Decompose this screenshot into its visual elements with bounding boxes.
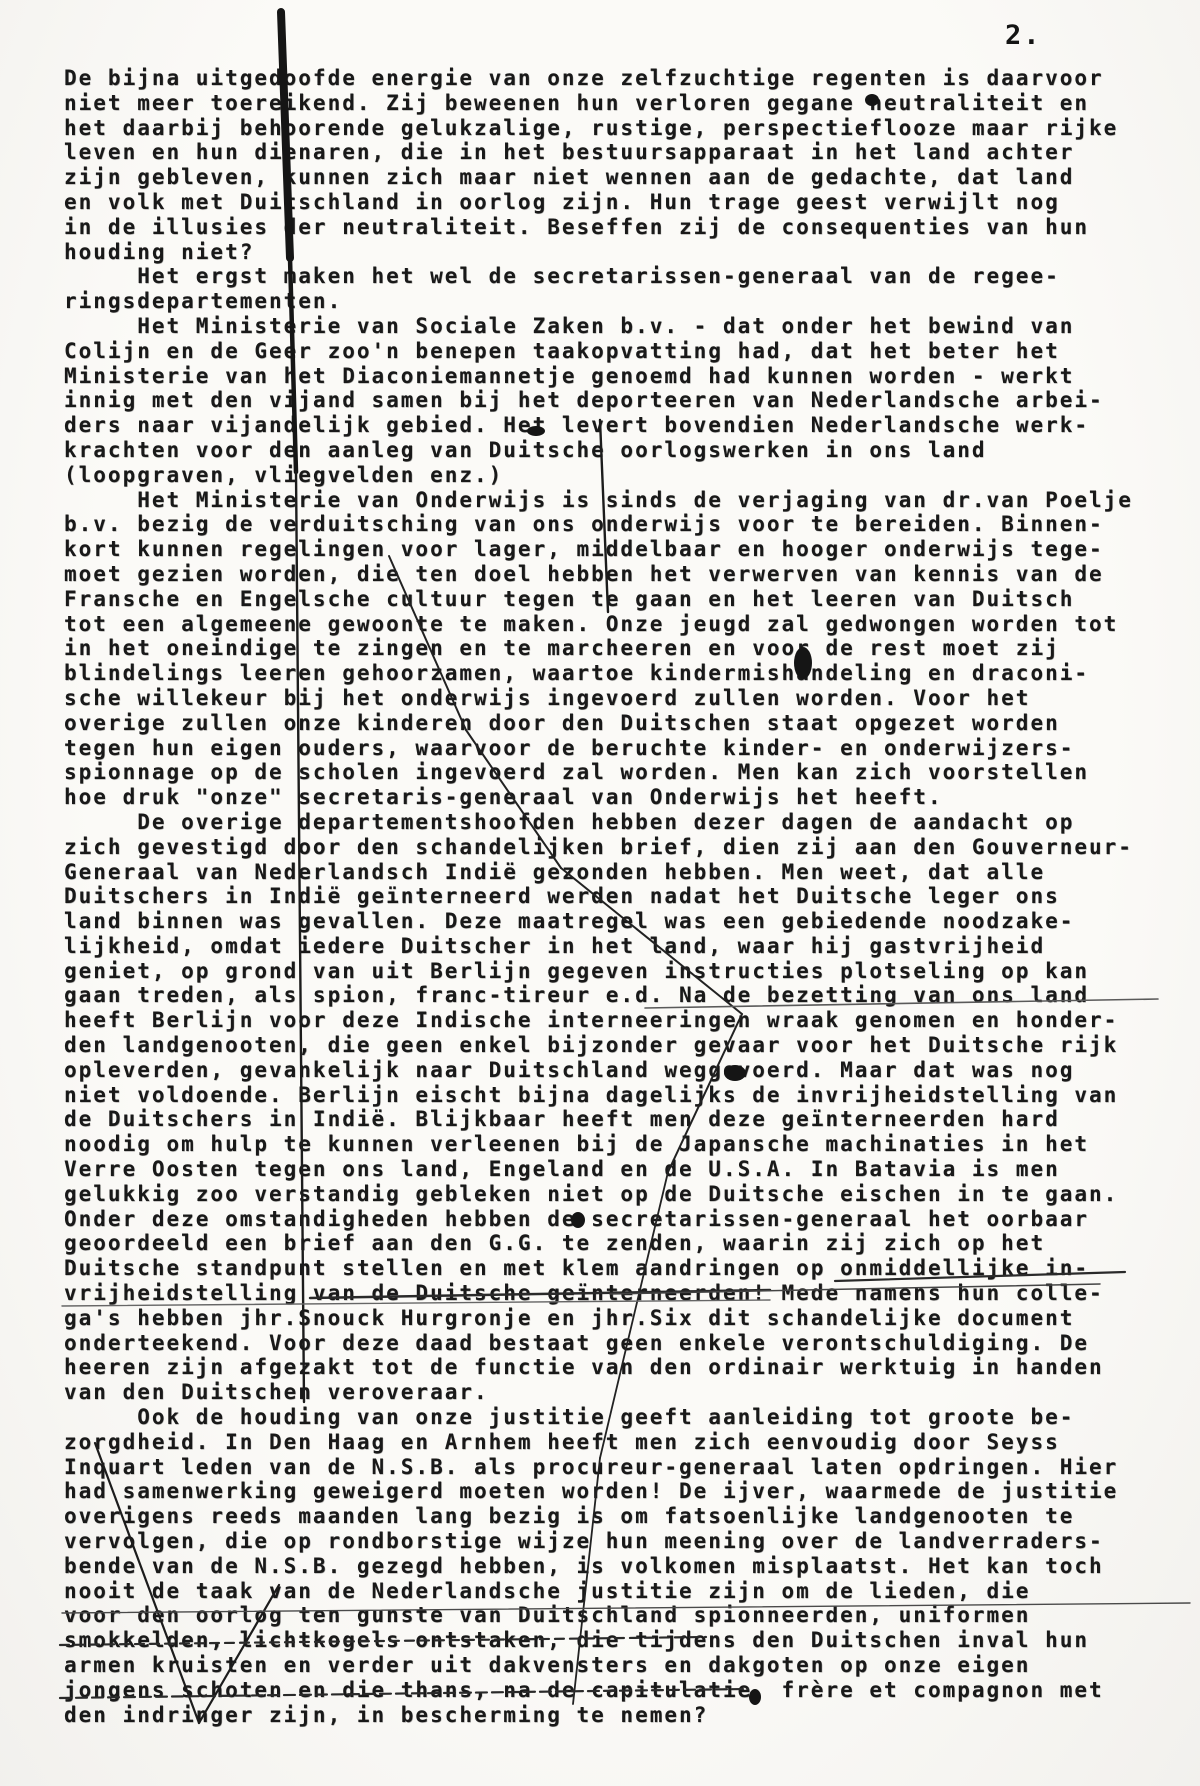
document-page: 2. De bijna uitgedoofde energie van onze… xyxy=(0,0,1200,1786)
typewritten-text: De bijna uitgedoofde energie van onze ze… xyxy=(64,66,1154,1727)
page-number: 2. xyxy=(1005,20,1042,51)
